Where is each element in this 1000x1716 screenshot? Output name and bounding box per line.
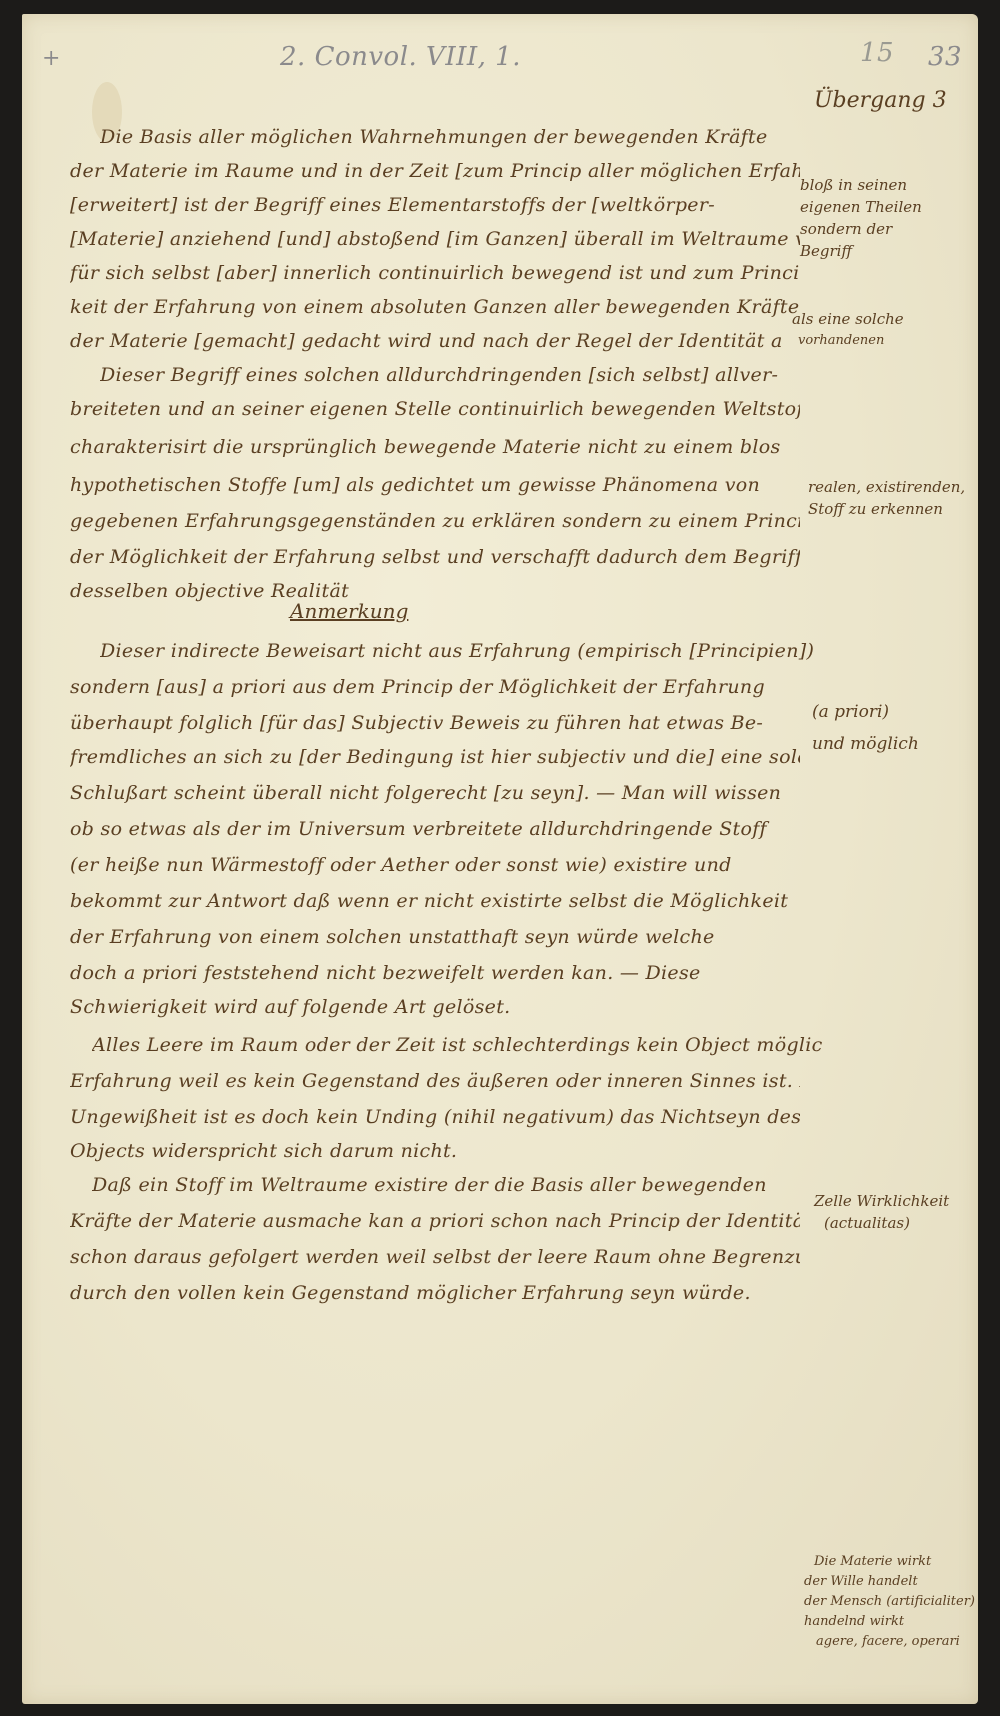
text-line: Ungewißheit ist es doch kein Unding (nih… <box>70 1106 800 1128</box>
margin-note-6: Die Materie wirkt der Wille handelt der … <box>804 1552 975 1652</box>
margin-note-4: (a priori) und möglich <box>812 696 919 760</box>
text-line: keit der Erfahrung von einem absoluten G… <box>70 296 800 318</box>
text-line: charakterisirt die ursprünglich bewegend… <box>70 436 800 458</box>
margin-note-line: vorhandenen <box>792 330 904 352</box>
manuscript-page: + 2. Convol. VIII, 1. 15 33 Übergang 3 D… <box>22 14 978 1704</box>
margin-note-line: als eine solche <box>792 308 904 330</box>
text-line: durch den vollen kein Gegenstand möglich… <box>70 1282 800 1304</box>
text-line: breiteten und an seiner eigenen Stelle c… <box>70 398 800 420</box>
section-title: Übergang 3 <box>814 88 947 113</box>
margin-note-line: (actualitas) <box>814 1212 949 1234</box>
margin-note-line: Begriff <box>800 240 922 262</box>
text-line: bekommt zur Antwort daß wenn er nicht ex… <box>70 890 800 912</box>
text-line: Erfahrung weil es kein Gegenstand des äu… <box>70 1070 800 1092</box>
text-line: für sich selbst [aber] innerlich continu… <box>70 262 800 284</box>
text-line: hypothetischen Stoffe [um] als gedichtet… <box>70 474 800 496</box>
text-line: der Materie [gemacht] gedacht wird und n… <box>70 330 800 352</box>
text-line: gegebenen Erfahrungsgegenständen zu erkl… <box>70 510 800 532</box>
text-line: doch a priori feststehend nicht bezweife… <box>70 962 800 984</box>
margin-note-line: und möglich <box>812 728 919 760</box>
text-line: Alles Leere im Raum oder der Zeit ist sc… <box>92 1034 822 1056</box>
margin-note-line: (a priori) <box>812 696 919 728</box>
text-line: Schlußart scheint überall nicht folgerec… <box>70 782 800 804</box>
margin-note-line: Stoff zu erkennen <box>808 498 965 520</box>
margin-note-line: bloß in seinen <box>800 174 922 196</box>
text-line: Schwierigkeit wird auf folgende Art gelö… <box>70 996 800 1018</box>
text-line: [Materie] anziehend [und] abstoßend [im … <box>70 228 800 250</box>
margin-note-line: handelnd wirkt <box>804 1612 975 1632</box>
text-line: ob so etwas als der im Universum verbrei… <box>70 818 800 840</box>
text-line: schon daraus gefolgert werden weil selbs… <box>70 1246 800 1268</box>
text-line: Dieser Begriff eines solchen alldurchdri… <box>100 364 830 386</box>
margin-note-line: eigenen Theilen <box>800 196 922 218</box>
margin-note-line: sondern der <box>800 218 922 240</box>
text-line: der Möglichkeit der Erfahrung selbst und… <box>70 546 800 568</box>
cross-mark: + <box>42 46 61 71</box>
margin-note-line: Zelle Wirklichkeit <box>814 1190 949 1212</box>
text-line: Dieser indirecte Beweisart nicht aus Erf… <box>100 640 830 662</box>
text-line: Kräfte der Materie ausmache kan a priori… <box>70 1210 800 1232</box>
text-line: der Erfahrung von einem solchen unstatth… <box>70 926 800 948</box>
margin-note-line: der Wille handelt <box>804 1572 975 1592</box>
margin-note-5: Zelle Wirklichkeit (actualitas) <box>814 1190 949 1234</box>
folio-number-a: 15 <box>860 38 894 68</box>
text-line: (er heiße nun Wärmestoff oder Aether ode… <box>70 854 800 876</box>
margin-note-line: realen, existirenden, <box>808 476 965 498</box>
text-line: [erweitert] ist der Begriff eines Elemen… <box>70 194 800 216</box>
archive-label: 2. Convol. VIII, 1. <box>280 42 521 72</box>
annotation-heading: Anmerkung <box>290 599 408 623</box>
text-line: Daß ein Stoff im Weltraume existire der … <box>92 1174 822 1196</box>
text-line: Objects widerspricht sich darum nicht. <box>70 1140 800 1162</box>
margin-note-2: als eine solche vorhandenen <box>792 308 904 352</box>
folio-number-b: 33 <box>928 42 962 72</box>
text-line: fremdliches an sich zu [der Bedingung is… <box>70 746 800 768</box>
text-line: überhaupt folglich [für das] Subjectiv B… <box>70 712 800 734</box>
text-line: der Materie im Raume und in der Zeit [zu… <box>70 160 800 182</box>
margin-note-line: agere, facere, operari <box>804 1632 975 1652</box>
margin-note-1: bloß in seinen eigenen Theilen sondern d… <box>800 174 922 262</box>
text-line: sondern [aus] a priori aus dem Princip d… <box>70 676 800 698</box>
margin-note-3: realen, existirenden, Stoff zu erkennen <box>808 476 965 520</box>
margin-note-line: Die Materie wirkt <box>804 1552 975 1572</box>
margin-note-line: der Mensch (artificialiter) <box>804 1592 975 1612</box>
text-line: Die Basis aller möglichen Wahrnehmungen … <box>100 126 830 148</box>
text-line: desselben objective Realität <box>70 580 800 602</box>
